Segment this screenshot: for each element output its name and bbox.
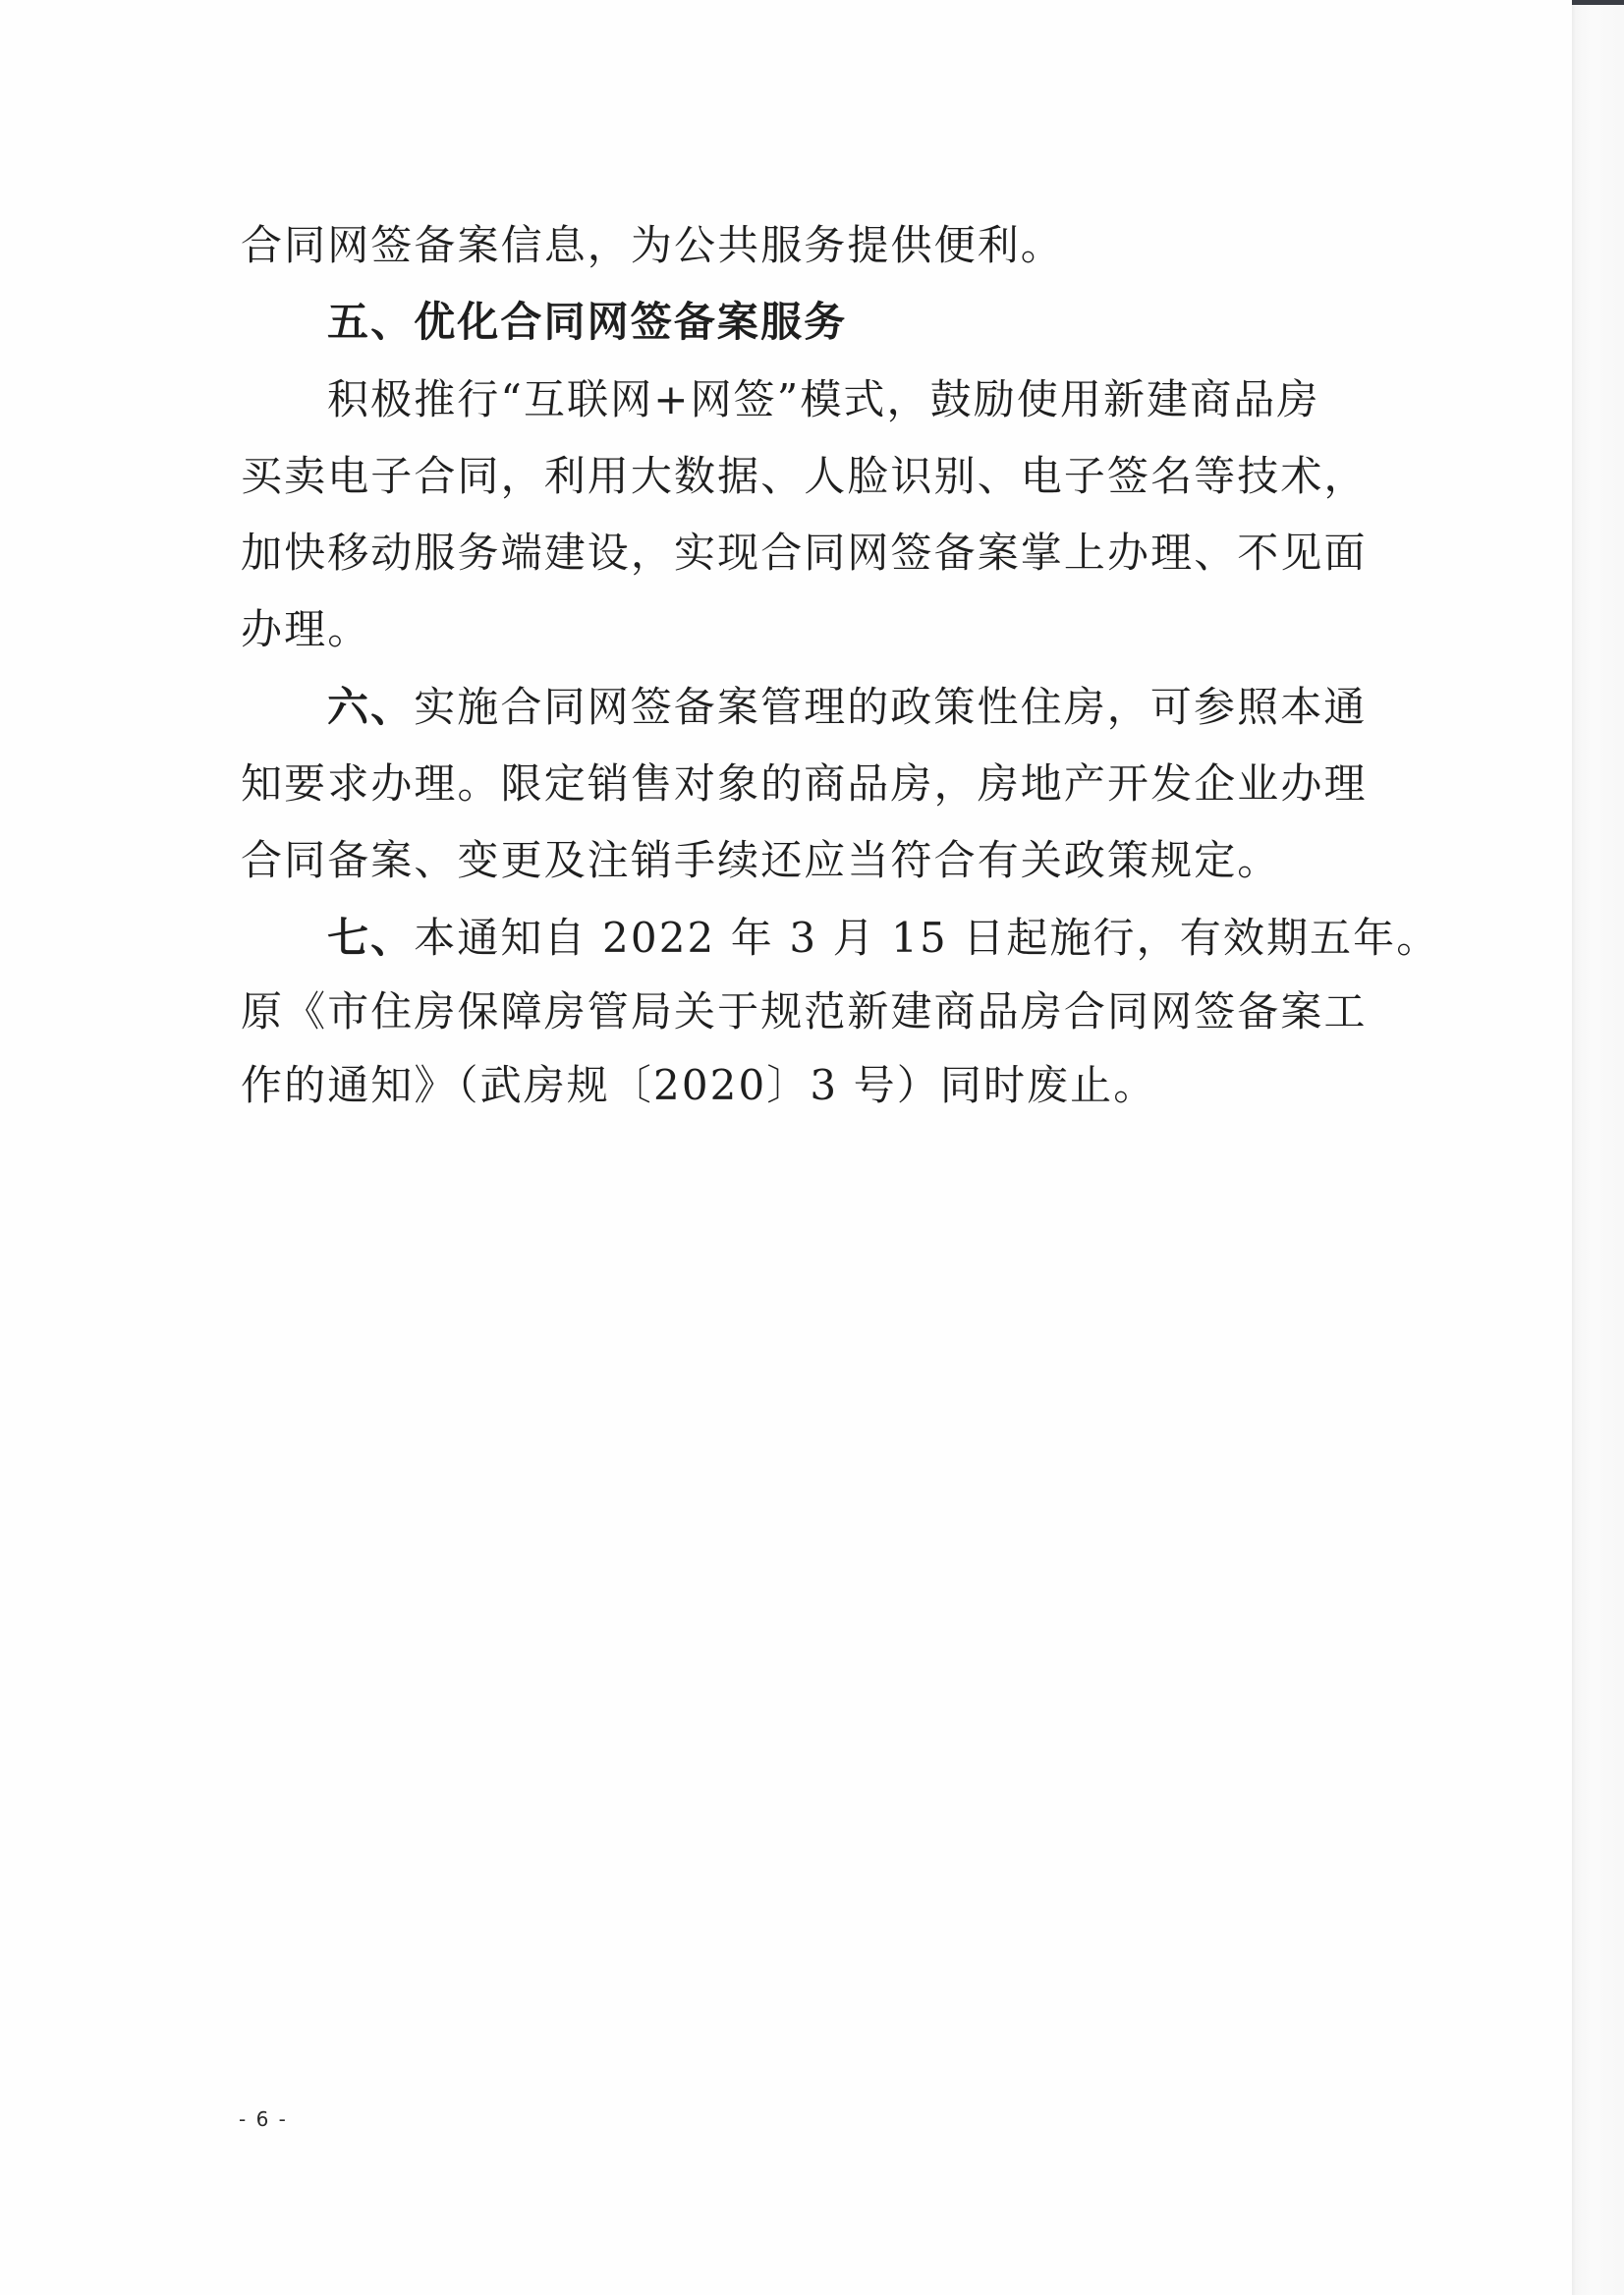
paragraph-line: 原《市住房保障房管局关于规范新建商品房合同网签备案工 (241, 990, 1368, 1034)
section-lead-7: 七、 (327, 914, 414, 962)
paragraph-line-section-6: 六、实施合同网签备案管理的政策性住房，可参照本通 (327, 686, 1367, 729)
paragraph-line: 知要求办理。限定销售对象的商品房，房地产开发企业办理 (241, 762, 1368, 806)
paragraph-line: 办理。 (241, 608, 370, 651)
paragraph-line: 加快移动服务端建设，实现合同网签备案掌上办理、不见面 (241, 532, 1368, 575)
section-heading-5: 五、优化合同网签备案服务 (327, 301, 847, 344)
document-page: 合同网签备案信息，为公共服务提供便利。 五、优化合同网签备案服务 积极推行“互联… (0, 0, 1572, 2295)
paragraph-line: 合同网签备案信息，为公共服务提供便利。 (241, 224, 1064, 267)
paragraph-line: 积极推行“互联网+网签”模式，鼓励使用新建商品房 (327, 378, 1320, 421)
section-lead-6: 六、 (327, 683, 414, 731)
paragraph-line-section-7: 七、本通知自 2022 年 3 月 15 日起施行，有效期五年。 (327, 917, 1439, 960)
page-number: - 6 - (239, 2107, 288, 2131)
paragraph-line: 买卖电子合同，利用大数据、人脸识别、电子签名等技术， (241, 455, 1368, 498)
paragraph-text: 实施合同网签备案管理的政策性住房，可参照本通 (414, 683, 1367, 731)
page-edge-shadow (1572, 0, 1624, 2295)
scan-edge-strip (1572, 0, 1624, 5)
paragraph-line: 合同备案、变更及注销手续还应当符合有关政策规定。 (241, 839, 1280, 882)
paragraph-text: 本通知自 2022 年 3 月 15 日起施行，有效期五年。 (414, 914, 1439, 962)
paragraph-line: 作的通知》（武房规〔2020〕3 号）同时废止。 (241, 1064, 1156, 1107)
